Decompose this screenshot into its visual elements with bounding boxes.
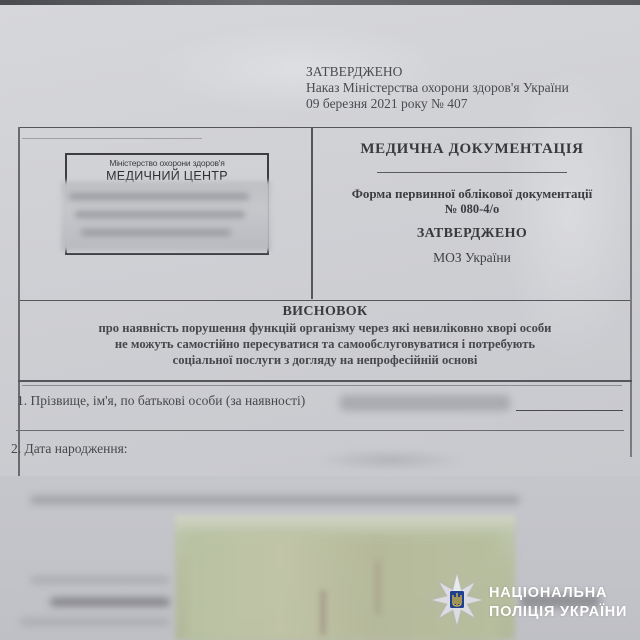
conclusion-heading: ВИСНОВОК про наявність порушення функцій… [20, 304, 630, 368]
form-approved: ЗАТВЕРДЖЕНО [313, 226, 631, 242]
field-birth-date-redacted [320, 450, 460, 470]
header-rule [377, 172, 567, 173]
approval-line-1: ЗАТВЕРДЖЕНО [306, 64, 569, 80]
conclusion-title: ВИСНОВОК [20, 304, 630, 320]
approval-line-2: Наказ Міністерства охорони здоров'я Укра… [306, 80, 569, 96]
form-number: № 080-4/о [313, 202, 631, 217]
form-label: Форма первинної облікової документації [313, 186, 631, 202]
conclusion-line: соціальної послуги з догляду на непрофес… [20, 352, 630, 368]
field-full-name-label: 1. Прізвище, ім'я, по батькові особи (за… [17, 393, 305, 409]
blurred-mark [375, 560, 381, 615]
field-full-name-redacted [340, 395, 510, 411]
conclusion-line: не можуть самостійно пересуватися та сам… [20, 336, 630, 352]
form-approver: МОЗ України [313, 250, 631, 266]
approval-block: ЗАТВЕРДЖЕНО Наказ Міністерства охорони з… [306, 64, 569, 112]
document-category: МЕДИЧНА ДОКУМЕНТАЦІЯ [313, 141, 631, 158]
field-birth-date-label: 2. Дата народження: [11, 441, 128, 457]
police-watermark-text: НАЦІОНАЛЬНА ПОЛІЦІЯ УКРАЇНИ [489, 584, 627, 622]
field-rule [16, 430, 624, 431]
police-watermark-line-2: ПОЛІЦІЯ УКРАЇНИ [489, 603, 627, 622]
section-rule [18, 380, 632, 382]
approval-line-3: 09 березня 2021 року № 407 [306, 96, 569, 112]
photo-background-edge [0, 0, 640, 5]
police-badge-icon [430, 573, 484, 627]
police-watermark-line-1: НАЦІОНАЛЬНА [489, 584, 627, 603]
field-full-name-underline [516, 410, 623, 411]
stamp-redacted-details [61, 181, 271, 251]
stamp-ministry: Міністерство охорони здоров'я [67, 158, 267, 168]
form-header: МЕДИЧНА ДОКУМЕНТАЦІЯ Форма первинної обл… [313, 130, 631, 266]
section-rule-thin [22, 385, 622, 386]
blurred-mark [320, 590, 326, 635]
institution-stamp: Міністерство охорони здоров'я МЕДИЧНИЙ Ц… [65, 153, 269, 255]
faint-rule [22, 138, 202, 139]
conclusion-line: про наявність порушення функцій організм… [20, 320, 630, 336]
